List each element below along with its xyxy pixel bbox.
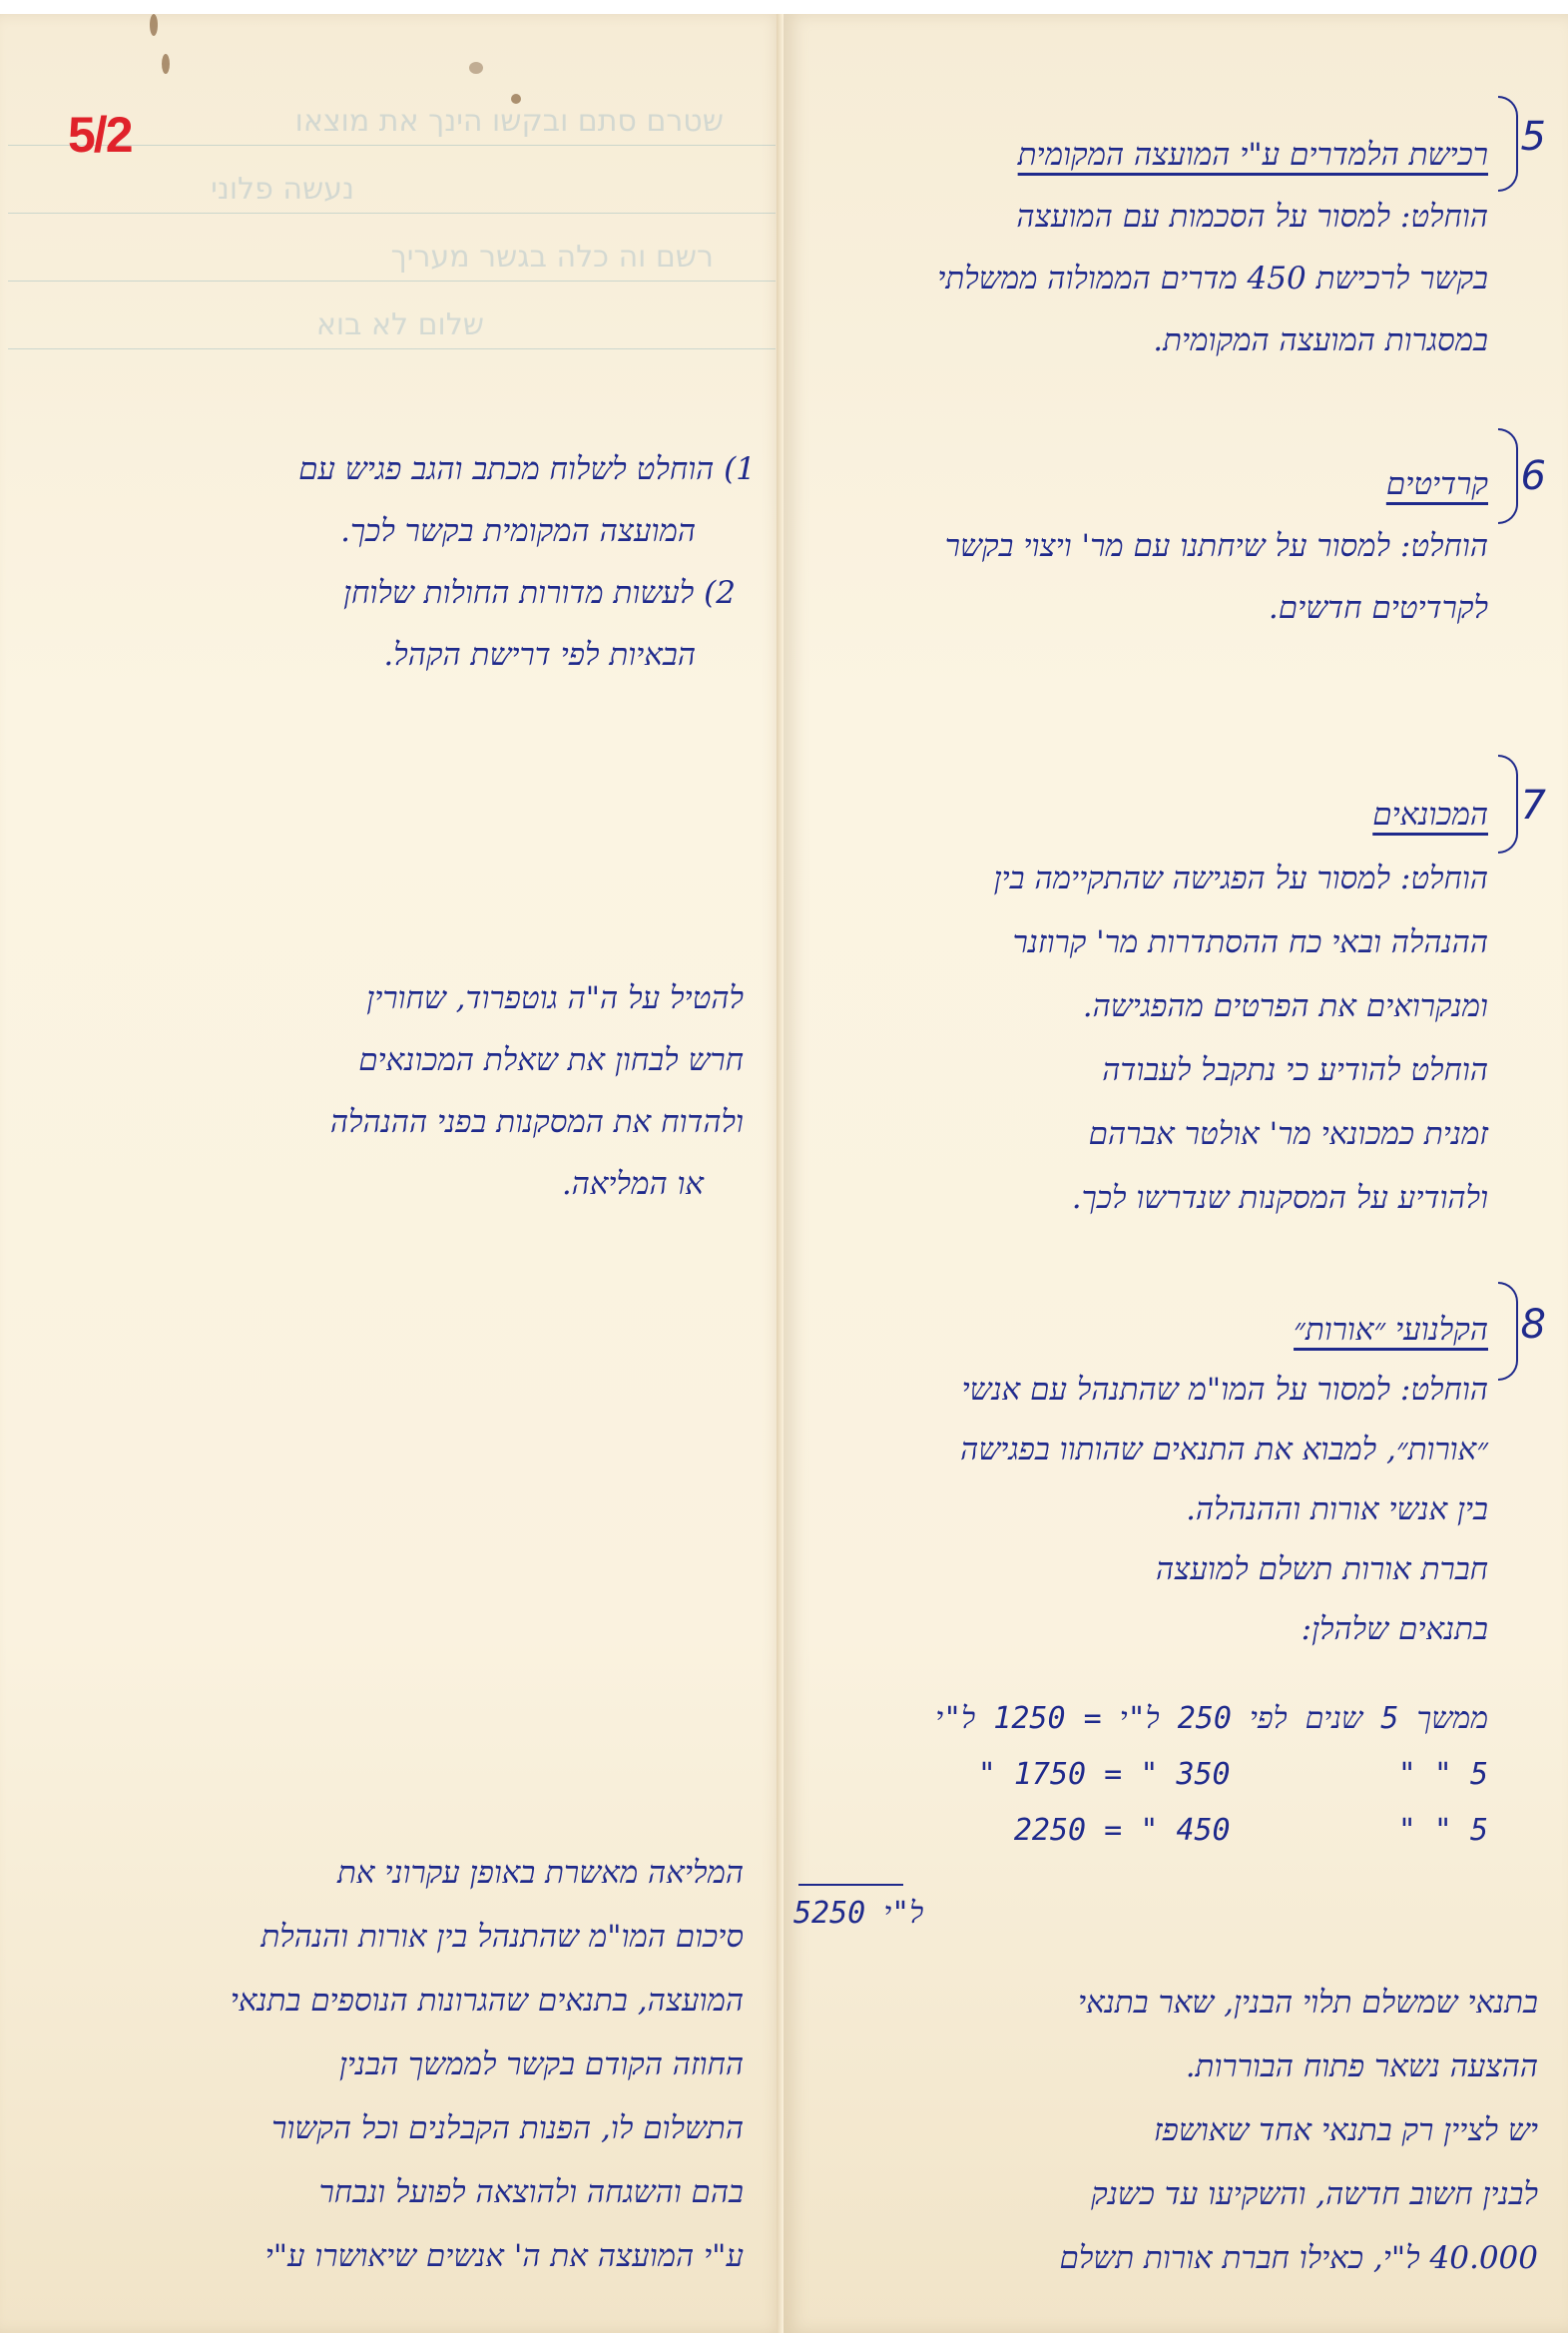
note-line: 2) לעשות מדורות החולות שלוחן xyxy=(57,562,756,624)
section-line: זמנית כמכונאי מר' אולטר אברהם xyxy=(809,1102,1488,1166)
faded-text-line: רשם וה כלה בגשר מעריך xyxy=(391,240,714,275)
closing-line: יש לציין רק בתנאי אחד שאושפז xyxy=(799,2098,1538,2162)
note-line: או המליאה. xyxy=(45,1153,744,1215)
faded-text-line: שלום לא בוא xyxy=(316,307,484,342)
calc-row: 5 " " 350 " = 1750 " xyxy=(789,1757,1488,1813)
page-number-stamp: 5/2 xyxy=(68,106,132,164)
note-line: התשלום לו, הפנות הקבלנים וכל הקשור xyxy=(25,2096,744,2160)
section-line: הוחלט: למסור על הסכמות עם המועצה xyxy=(809,186,1488,248)
section-number: 5 xyxy=(1521,114,1546,160)
calc-row: 5 " " 450 " = 2250 xyxy=(789,1813,1488,1869)
section-number: 6 xyxy=(1521,453,1546,499)
closing-line: לבנין חשוב חדשה, והשקיעו עד כשנק xyxy=(799,2162,1538,2226)
section-title: קרדיטים xyxy=(809,453,1488,515)
closing-line: ההצעה נשאר פתוח הבוררות. xyxy=(799,2035,1538,2098)
note-line: להטיל על ה"ה גוטפרוד, שחורין xyxy=(45,967,744,1029)
section-title: הקלנועי ״אורות״ xyxy=(809,1300,1488,1360)
note-line: הבאיות לפי דרישת הקהל. xyxy=(57,624,756,686)
section-line: בתנאים שלהלן: xyxy=(809,1599,1488,1659)
sum-underline xyxy=(798,1884,903,1886)
section-line: הוחלט: למסור על הפגישה שהתקיימה בין xyxy=(809,847,1488,910)
section-line: במסגרות המועצה המקומית. xyxy=(809,309,1488,371)
section-line: חברת אורות תשלם למועצה xyxy=(809,1539,1488,1599)
note-line: סיכום המו"מ שהתנהל בין אורות והנהלת xyxy=(25,1905,744,1969)
closing-line: 40.000 ל"י, כאילו חברת אורות תשלם xyxy=(799,2226,1538,2290)
note-block-section-6: 1) הוחלט לשלוח מכתב והגב פגיש עם המועצה … xyxy=(57,438,756,686)
section-6: קרדיטים הוחלט: למסור על שיחתנו עם מר' וי… xyxy=(809,453,1488,639)
section-line: הוחלט להודיע כי נתקבל לעבודה xyxy=(809,1038,1488,1102)
note-line: החוזה הקודם בקשר לממשך הבנין xyxy=(25,2033,744,2096)
note-line: המועצה המקומית בקשר לכך. xyxy=(57,500,756,562)
section-line: הוחלט: למסור על המו"מ שהתנהל עם אנשי xyxy=(809,1360,1488,1420)
section-5: רכישת הלמדרים ע"י המועצה המקומית הוחלט: … xyxy=(809,124,1488,371)
section-title: המכונאים xyxy=(809,783,1488,847)
calc-row: ממשך 5 שנים לפי 250 ל"י = 1250 ל"י xyxy=(789,1701,1488,1757)
faded-text-line: שטרם סתם ובקשו הינך את מוצאו xyxy=(295,104,724,139)
note-line: המליאה מאשרת באופן עקרוני את xyxy=(25,1841,744,1905)
left-page: שטרם סתם ובקשו הינך את מוצאו נעשה פלוני … xyxy=(0,14,784,2333)
section-title: רכישת הלמדרים ע"י המועצה המקומית xyxy=(809,124,1488,186)
note-line: ולהדוח את המסקנות בפני ההנהלה xyxy=(45,1091,744,1153)
right-page: 5 רכישת הלמדרים ע"י המועצה המקומית הוחלט… xyxy=(784,14,1568,2333)
closing-line: בתנאי שמשלם תלוי הבנין, שאר בתנאי xyxy=(799,1971,1538,2035)
section-7: המכונאים הוחלט: למסור על הפגישה שהתקיימה… xyxy=(809,783,1488,1230)
note-line: חרש לבחון את שאלת המכונאים xyxy=(45,1029,744,1091)
note-line: בהם והשגחה ולהוצאה לפועל ונבחר xyxy=(25,2160,744,2224)
section-line: ההנהלה ובאי כח ההסתדרות מר' קרוזנר xyxy=(809,910,1488,974)
section-line: לקרדיטים חדשים. xyxy=(809,577,1488,639)
section-line: בין אנשי אורות וההנהלה. xyxy=(809,1479,1488,1539)
section-8: הקלנועי ״אורות״ הוחלט: למסור על המו"מ שה… xyxy=(809,1300,1488,1659)
section-number: 8 xyxy=(1521,1302,1546,1348)
closing-notes: בתנאי שמשלם תלוי הבנין, שאר בתנאי ההצעה … xyxy=(799,1971,1538,2290)
section-line: ״אורות״, למבוא את התנאים שהותוו בפגישה xyxy=(809,1420,1488,1479)
note-line: ע"י המועצה את ה' אנשים שיאושרו ע"י xyxy=(25,2224,744,2288)
note-block-section-7: להטיל על ה"ה גוטפרוד, שחורין חרש לבחון א… xyxy=(45,967,744,1215)
payment-calculation: ממשך 5 שנים לפי 250 ל"י = 1250 ל"י 5 " "… xyxy=(789,1701,1488,1869)
section-line: ולהודיע על המסקנות שנדרשו לכך. xyxy=(809,1166,1488,1230)
faded-text-line: נעשה פלוני xyxy=(211,172,354,207)
section-number: 7 xyxy=(1521,783,1546,829)
note-line: 1) הוחלט לשלוח מכתב והגב פגיש עם xyxy=(57,438,756,500)
note-block-section-8: המליאה מאשרת באופן עקרוני את סיכום המו"מ… xyxy=(25,1841,744,2288)
section-line: בקשר לרכישת 450 מדרים הממולוה ממשלתי xyxy=(809,248,1488,309)
calc-total: 5250 ל"י xyxy=(793,1896,923,1931)
scan-top-edge xyxy=(0,0,1568,14)
note-line: המועצה, בתנאים שהגרונות הנוספים בתנאי xyxy=(25,1969,744,2033)
section-line: הוחלט: למסור על שיחתנו עם מר' ויצוי בקשר xyxy=(809,515,1488,577)
section-line: ומנקרואים את הפרטים מהפגישה. xyxy=(809,974,1488,1038)
